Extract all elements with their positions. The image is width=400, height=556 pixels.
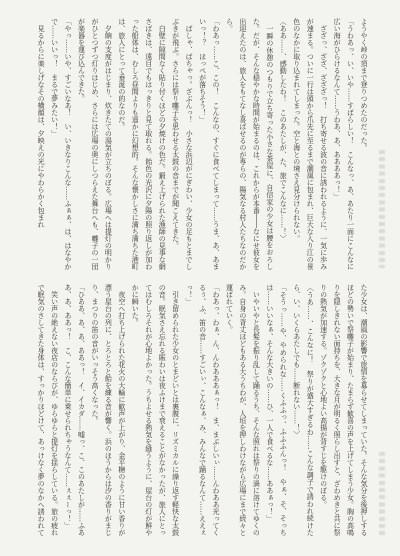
paragraph: ようやく峠の頂まで登りつめたのだった。 [357, 18, 370, 270]
paragraph: 「うわあっ、い、いや……すばらしい！ こんなっ、あ、あたり一面にこんなに広い海が… [330, 18, 357, 270]
paragraph: 〈ああ……、感動したわ！ このあたしが、た、旅でこんなに……！〉 [276, 18, 289, 270]
paragraph: 「わあっ……こ、この！ こんなの、すぐに食べてしまって……うま、あ、あまいっ！？… [195, 18, 222, 270]
paragraph: 白壁に隙間なく貼り付くほどの夕焼けの色だ。鍛え上げられた漁師の見事な網さばきは、… [114, 18, 168, 270]
paragraph: 夕餉の支度がはじまり、炊きたての湯気が立ちのぼる。広場へは提灯の明かりがひとつず… [74, 18, 114, 270]
paragraph: ぱしゃ、ぱちゃっ。ざぶんっ！ 小さな浜辺がにぎわい、少女の足もとまでしぶきが飛ぶ… [168, 18, 195, 270]
paragraph: 「やっ……いや、すごいなあ！ い、いきなりこんな……ふぁぁ、は、はなやかで……い… [47, 18, 74, 270]
show-through-artifact [379, 150, 385, 268]
paragraph: 「ひああ、あ、あ、ああっ！ イ、イカダ……嘘っ、こ、このあたしが……ふああ、あ、… [61, 284, 88, 536]
paragraph: 夜空へ打ち上げられた花火の大輪に歓声が上がり、金平糖のように甘い香りが漂う屋台の… [87, 284, 127, 536]
paragraph: ざざっ、ざざ、ざざざっ！ 打ち寄せる波の音に誘われるように、一気に歩みが速まる。… [289, 18, 329, 270]
paragraph: 〈うあ……、こんなに！ 祭りが盛大すぎるわ……こんな調子で誘われ続けたら、い、い… [289, 284, 316, 536]
paragraph: た少女は、潮風の影響で旅情を募らせてしまっていた。そんな気分を後押しするほどの勢… [316, 284, 370, 536]
paragraph: 引き留められた少女のとまどいとは裏腹に、リズミカルに繰り返す軽快な太鼓の音。眠気… [128, 284, 182, 536]
paragraph: 「わあっ、わぁ、ん、んわあああぁっ！ ま、まぶしいぃ……んわああ光ってくるぅ、ふ… [182, 284, 222, 536]
vertical-text-block-top: ようやく峠の頂まで登りつめたのだった。「うわあっ、い、いや……すばらしい！ こん… [33, 18, 370, 270]
scanned-book-page: ようやく峠の頂まで登りつめたのだった。「うわあっ、い、いや……すばらしい！ こん… [0, 0, 400, 556]
paragraph: 一瞬の休憩のつもりで立ち寄った小さな茶屋に、自信家の少女は腰をおろした。だが、そ… [222, 18, 276, 270]
show-through-artifact [379, 452, 385, 536]
paragraph: 「そうっ……や、やめられな……くふふっ、ふふふんっ！ やぁ、そ、そっちは……いい… [262, 284, 289, 536]
paragraph: いやいやと長髪を振り乱して踊るうち、そんな照れは祭りの渦に溶けてゆくのみ。自身の… [222, 284, 262, 536]
paragraph: 見るからに楽しげなその横顔は、夕映えの光にやわらかく包まれ [34, 18, 47, 270]
vertical-text-block-bottom: た少女は、潮風の影響で旅情を募らせてしまっていた。そんな気分を後押しするほどの勢… [33, 284, 370, 536]
paragraph: 笑い声の絶えない夜店のならびが、ゆらゆらと提灯を揺らしている。旅の疲れで眠気のさ… [33, 284, 61, 536]
